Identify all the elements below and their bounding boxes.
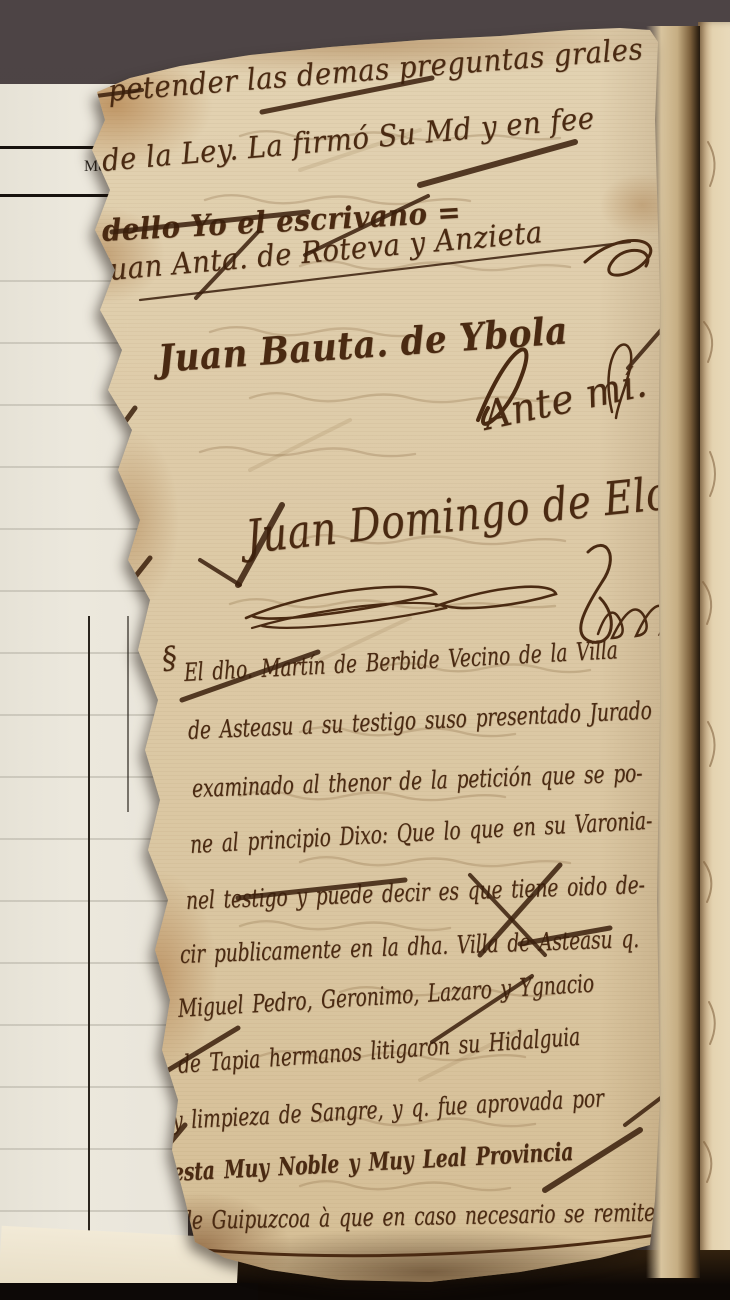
- closing-underline: [204, 1232, 676, 1256]
- manuscript-photo: Me: [0, 0, 730, 1300]
- ink-flourishes: [0, 0, 730, 1300]
- manuscript-page-wrap: petender las demas preguntas grales de l…: [0, 0, 730, 1300]
- manuscript-page: petender las demas preguntas grales de l…: [0, 0, 730, 1300]
- signature-rubrics: [204, 240, 692, 1259]
